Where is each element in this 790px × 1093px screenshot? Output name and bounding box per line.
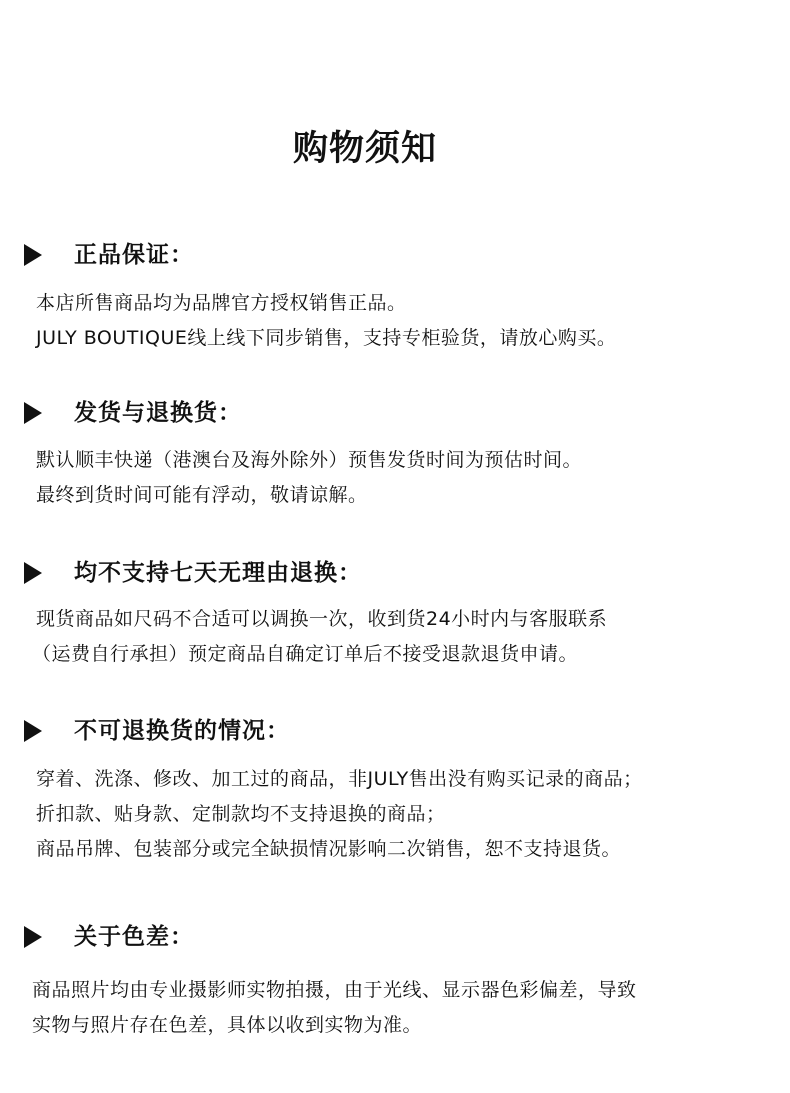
play-triangle-icon [24,720,42,742]
section-heading-non-returnable: 不可退换货的情况： [24,714,290,748]
body-line: 现货商品如尺码不合适可以调换一次，收到货24小时内与客服联系 [36,602,607,637]
section-heading-no-seven-day-return: 均不支持七天无理由退换： [24,556,362,590]
body-line: 折扣款、贴身款、定制款均不支持退换的商品； [36,797,643,832]
section-heading-authenticity: 正品保证： [24,238,194,272]
section-body-shipping-returns: 默认顺丰快递（港澳台及海外除外）预售发货时间为预估时间。 最终到货时间可能有浮动… [36,443,582,513]
section-heading-text: 关于色差： [74,920,194,954]
body-line: 默认顺丰快递（港澳台及海外除外）预售发货时间为预估时间。 [36,443,582,478]
play-triangle-icon [24,562,42,584]
section-heading-text: 不可退换货的情况： [74,714,290,748]
play-triangle-icon [24,244,42,266]
section-heading-text: 发货与退换货： [74,396,242,430]
section-body-color-difference: 商品照片均由专业摄影师实物拍摄，由于光线、显示器色彩偏差，导致 实物与照片存在色… [32,973,637,1043]
body-line: 商品吊牌、包装部分或完全缺损情况影响二次销售，恕不支持退货。 [36,832,643,867]
body-line: 最终到货时间可能有浮动，敬请谅解。 [36,478,582,513]
page-title: 购物须知 [0,127,730,171]
section-heading-color-difference: 关于色差： [24,920,194,954]
section-body-no-seven-day-return: 现货商品如尺码不合适可以调换一次，收到货24小时内与客服联系 （运费自行承担）预… [36,602,607,672]
body-line: （运费自行承担）预定商品自确定订单后不接受退款退货申请。 [32,637,607,672]
body-line: 穿着、洗涤、修改、加工过的商品，非JULY售出没有购买记录的商品； [36,762,643,797]
section-heading-shipping-returns: 发货与退换货： [24,396,242,430]
play-triangle-icon [24,926,42,948]
body-line: 本店所售商品均为品牌官方授权销售正品。 [36,286,616,321]
section-heading-text: 正品保证： [74,238,194,272]
body-line: 实物与照片存在色差，具体以收到实物为准。 [32,1008,637,1043]
play-triangle-icon [24,402,42,424]
section-body-non-returnable: 穿着、洗涤、修改、加工过的商品，非JULY售出没有购买记录的商品； 折扣款、贴身… [36,762,643,867]
section-body-authenticity: 本店所售商品均为品牌官方授权销售正品。 JULY BOUTIQUE线上线下同步销… [36,286,616,356]
section-heading-text: 均不支持七天无理由退换： [74,556,362,590]
body-line: 商品照片均由专业摄影师实物拍摄，由于光线、显示器色彩偏差，导致 [32,973,637,1008]
body-line: JULY BOUTIQUE线上线下同步销售，支持专柜验货，请放心购买。 [36,321,616,356]
